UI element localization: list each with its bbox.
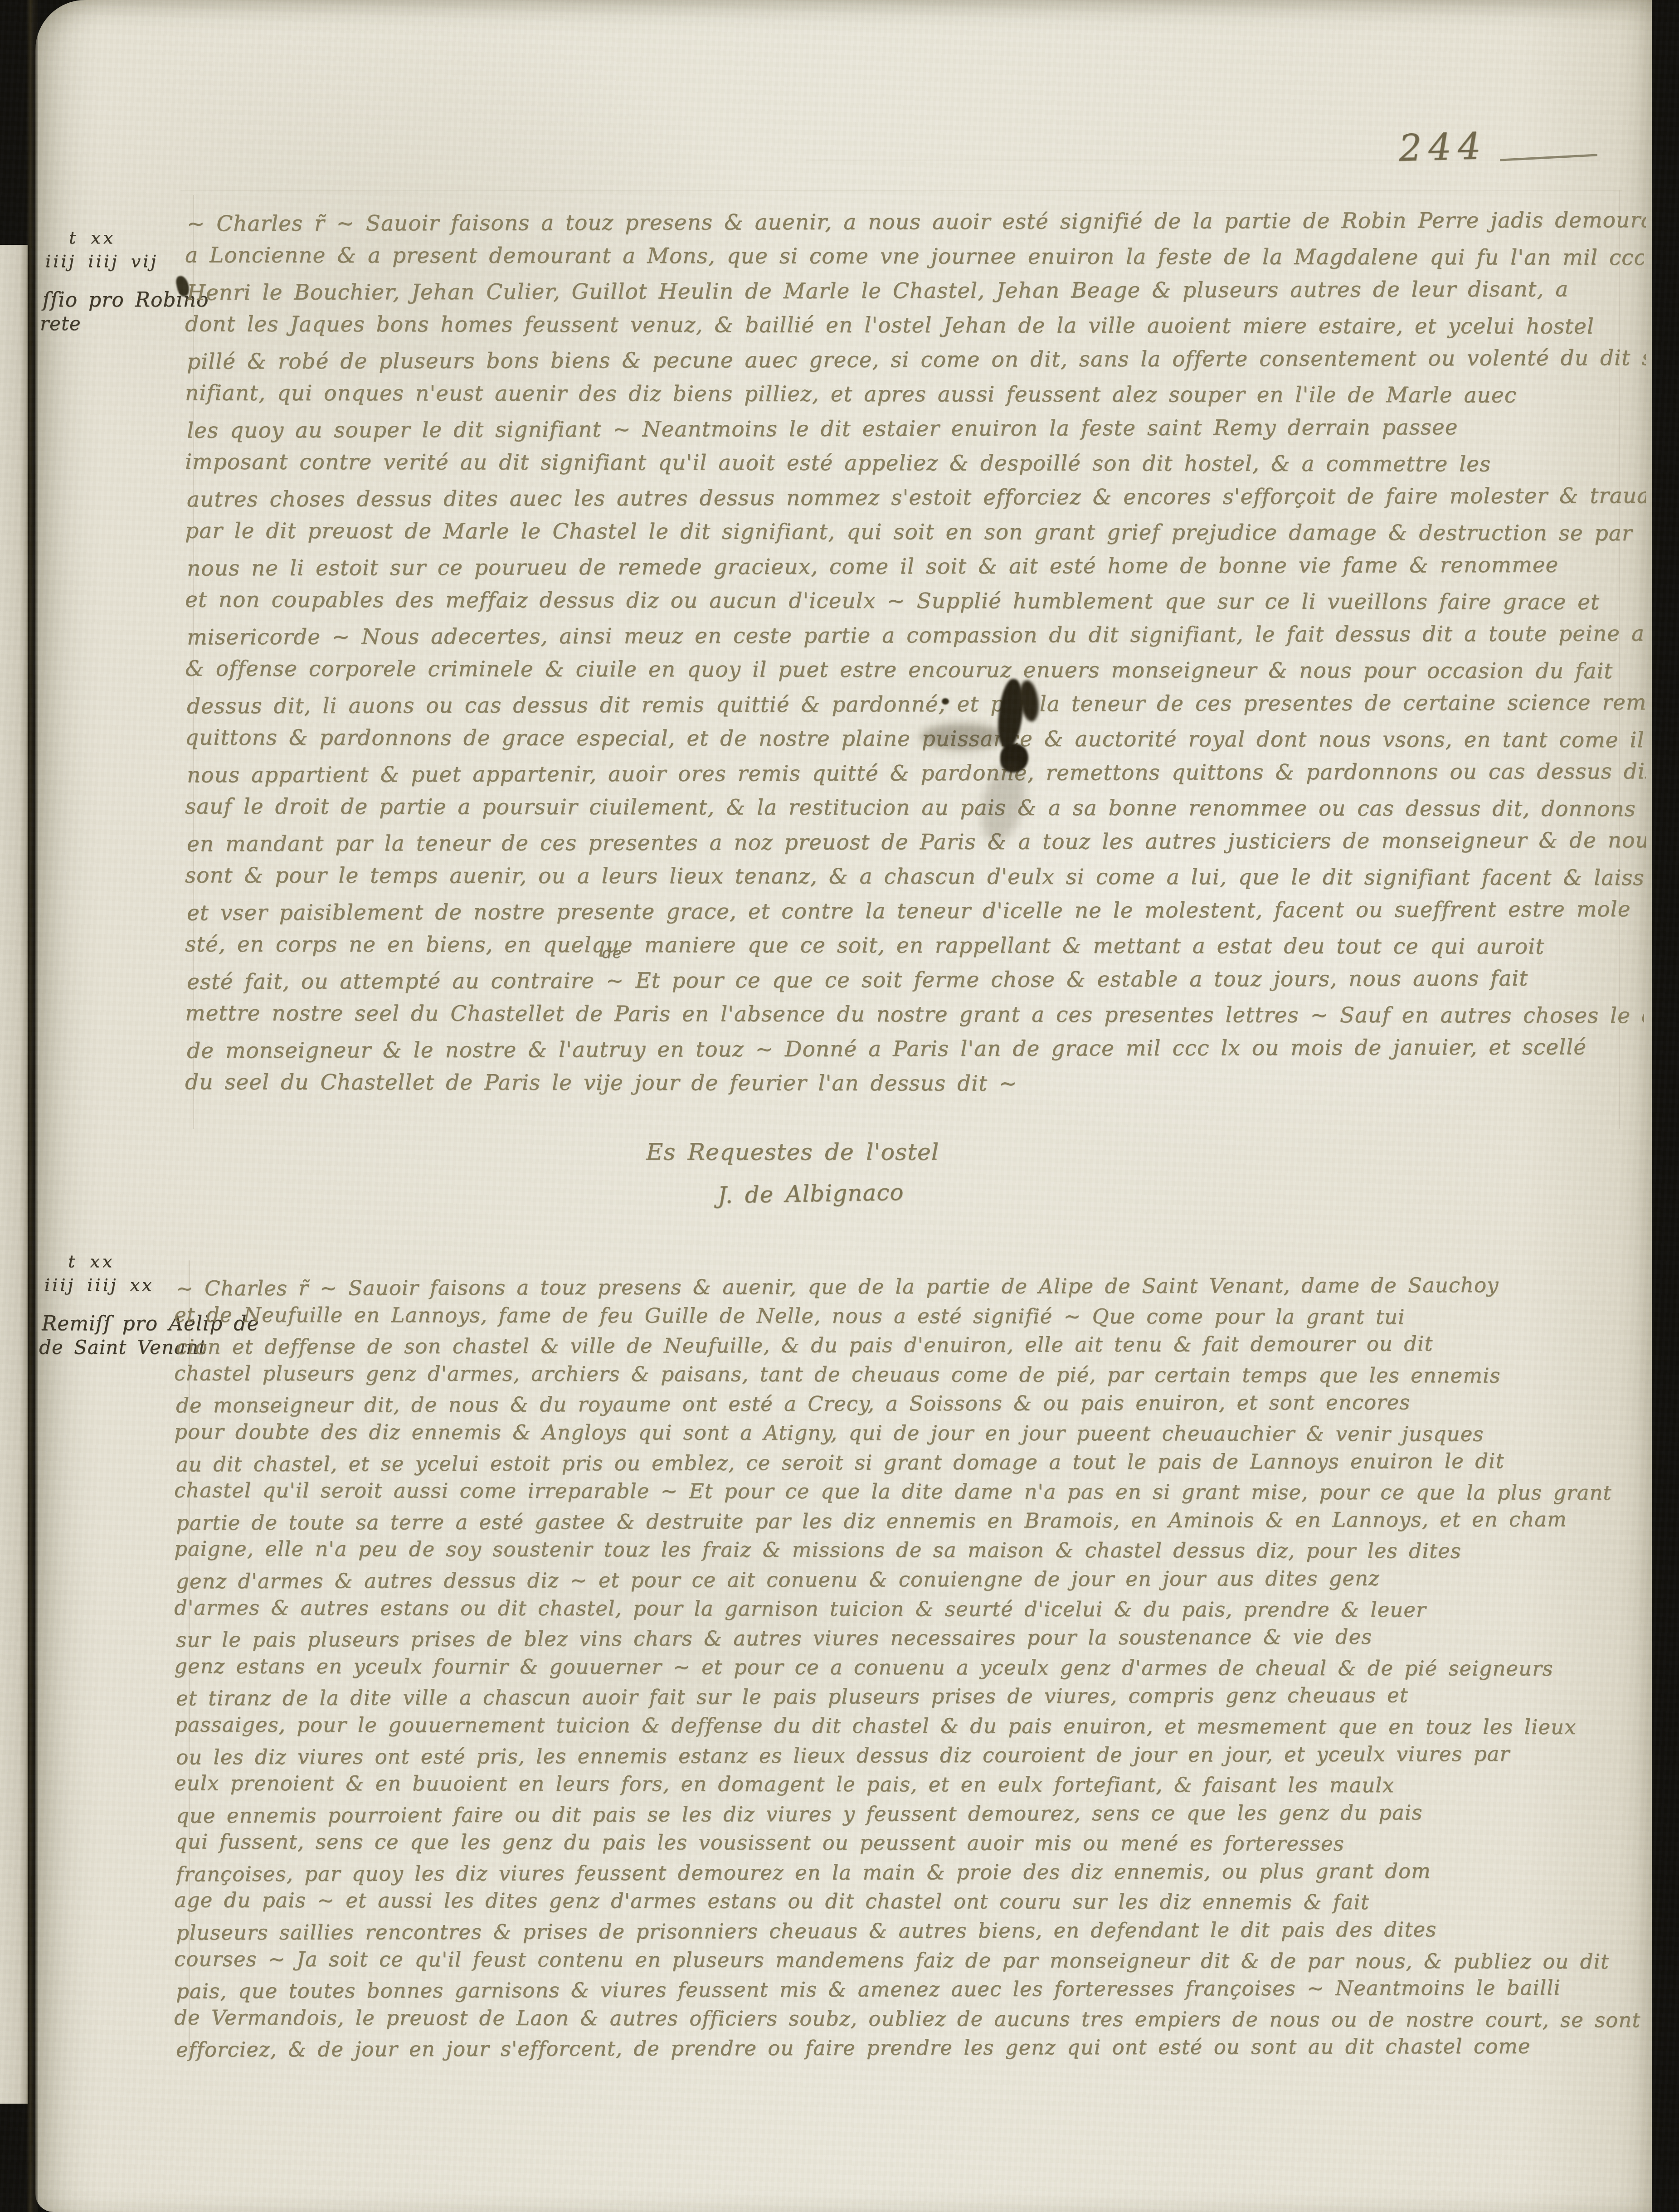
text-line: par le dit preuost de Marle le Chastel l… [185, 514, 1644, 551]
text-line: t xx [68, 1249, 259, 1273]
ink-smudge [920, 724, 1004, 750]
text-line: nous ne li estoit sur ce pourueu de reme… [187, 548, 1646, 586]
text-line: & offense corporele criminele & ciuile e… [185, 651, 1644, 689]
text-line: sauf le droit de partie a poursuir ciuil… [185, 789, 1644, 826]
text-line: sté, en corps ne en biens, en quelque ma… [185, 927, 1644, 964]
ruling-line [180, 190, 1622, 191]
text-line: passaiges, pour le gouuernement tuicion … [174, 1710, 1643, 1742]
text-line: autres choses dessus dites auec les autr… [187, 479, 1646, 517]
text-line: pour doubte des diz ennemis & Angloys qu… [174, 1417, 1643, 1449]
ink-speck [942, 698, 949, 705]
book-gutter [26, 0, 38, 2212]
text-line: qui fussent, sens ce que les genz du pai… [174, 1827, 1643, 1859]
text-line: au dit chastel, et se ycelui estoit pris… [176, 1446, 1645, 1479]
text-line: quittons & pardonnons de grace especial,… [185, 720, 1644, 758]
text-line: et vser paisiblement de nostre presente … [187, 892, 1646, 930]
chancery-subscription: Es Requestes de l'ostel [570, 1139, 1015, 1166]
text-line: efforciez, & de jour en jour s'efforcent… [176, 2032, 1645, 2065]
text-line: et non coupables des meffaiz dessus diz … [185, 583, 1644, 620]
text-line: cion et deffense de son chastel & ville … [176, 1329, 1645, 1362]
text-line: misericorde ~ Nous adecertes, ainsi meuz… [187, 617, 1646, 655]
letter-entry-1-text: ~ Charles r̃ ~ Sauoir faisons a touz pre… [185, 205, 1644, 1101]
text-line: ~ Charles r̃ ~ Sauoir faisons a touz pre… [176, 1270, 1645, 1303]
text-line: ~ Charles r̃ ~ Sauoir faisons a touz pre… [187, 203, 1646, 241]
text-line: courses ~ Ja soit ce qu'il feust contenu… [174, 1945, 1643, 1976]
text-line: françoises, par quoy les diz viures feus… [176, 1856, 1645, 1889]
text-line: de monseigneur dit, de nous & du royaume… [176, 1387, 1645, 1420]
text-line: eulx prenoient & en buuoient en leurs fo… [174, 1769, 1643, 1800]
text-line: de Vermandois, le preuost de Laon & autr… [174, 2003, 1643, 2035]
text-line: et tiranz de la dite ville a chascun auo… [176, 1680, 1645, 1713]
text-line: a Loncienne & a present demourant a Mons… [185, 238, 1644, 275]
text-line: partie de toute sa terre a esté gastee &… [176, 1505, 1645, 1538]
text-line: chastel pluseurs genz d'armes, archiers … [174, 1359, 1643, 1390]
text-line: en mandant par la teneur de ces presente… [187, 823, 1646, 861]
text-line: Henri le Bouchier, Jehan Culier, Guillot… [187, 272, 1646, 310]
text-line: pluseurs saillies rencontres & prises de… [176, 1915, 1645, 1948]
text-line: genz estans en yceulx fournir & gouuerne… [174, 1652, 1643, 1683]
text-line: sont & pour le temps auenir, ou a leurs … [185, 858, 1644, 895]
text-line: dessus dit, li auons ou cas dessus dit r… [187, 685, 1646, 724]
text-line: et de Neufuille en Lannoys, fame de feu … [174, 1300, 1643, 1332]
facing-page-edge [0, 245, 28, 2104]
text-line: d'armes & autres estans ou dit chastel, … [174, 1593, 1643, 1625]
manuscript-page: 244 t xxiiij iiij vijſſio pro Robinorete… [35, 0, 1652, 2212]
text-line: pais, que toutes bonnes garnisons & viur… [176, 1973, 1645, 2006]
text-line: mettre nostre seel du Chastellet de Pari… [185, 996, 1644, 1033]
clerk-signature: J. de Albignaco [616, 1177, 1006, 1211]
text-line: nous appartient & puet appartenir, auoir… [187, 754, 1646, 792]
text-line: chastel qu'il seroit aussi come irrepara… [174, 1476, 1643, 1507]
letter-entry-2-text: ~ Charles r̃ ~ Sauoir faisons a touz pre… [174, 1272, 1643, 2063]
text-line: ou les diz viures ont esté pris, les enn… [176, 1739, 1645, 1772]
text-line: de monseigneur & le nostre & l'autruy en… [187, 1030, 1646, 1068]
text-line: rete [40, 312, 209, 335]
text-line: iiij iiij vij [45, 249, 209, 273]
text-line: pillé & robé de pluseurs bons biens & pe… [187, 341, 1646, 379]
text-line: paigne, elle n'a peu de soy soustenir to… [174, 1535, 1643, 1566]
text-line: sur le pais pluseurs prises de blez vins… [176, 1622, 1645, 1655]
text-line: dont les Jaques bons homes feussent venu… [185, 307, 1644, 344]
text-line: les quoy au souper le dit signifiant ~ N… [187, 410, 1646, 448]
text-line: esté fait, ou attempté au contraire ~ Et… [187, 961, 1646, 999]
folio-number: 244 [1398, 125, 1488, 169]
scan-right-edge [1652, 0, 1679, 2212]
text-line: du seel du Chastellet de Paris le vije j… [185, 1065, 1644, 1102]
text-line: imposant contre verité au dit signifiant… [185, 445, 1644, 482]
interline-insertion: de [602, 944, 622, 962]
text-line: nifiant, qui onques n'eust auenir des di… [185, 376, 1644, 413]
text-line: genz d'armes & autres dessus diz ~ et po… [176, 1563, 1645, 1596]
manuscript-scan: { "page": { "folio_number": "244" }, "ma… [0, 0, 1679, 2212]
text-line: age du pais ~ et aussi les dites genz d'… [174, 1886, 1643, 1918]
text-line: que ennemis pourroient faire ou dit pais… [176, 1797, 1645, 1830]
